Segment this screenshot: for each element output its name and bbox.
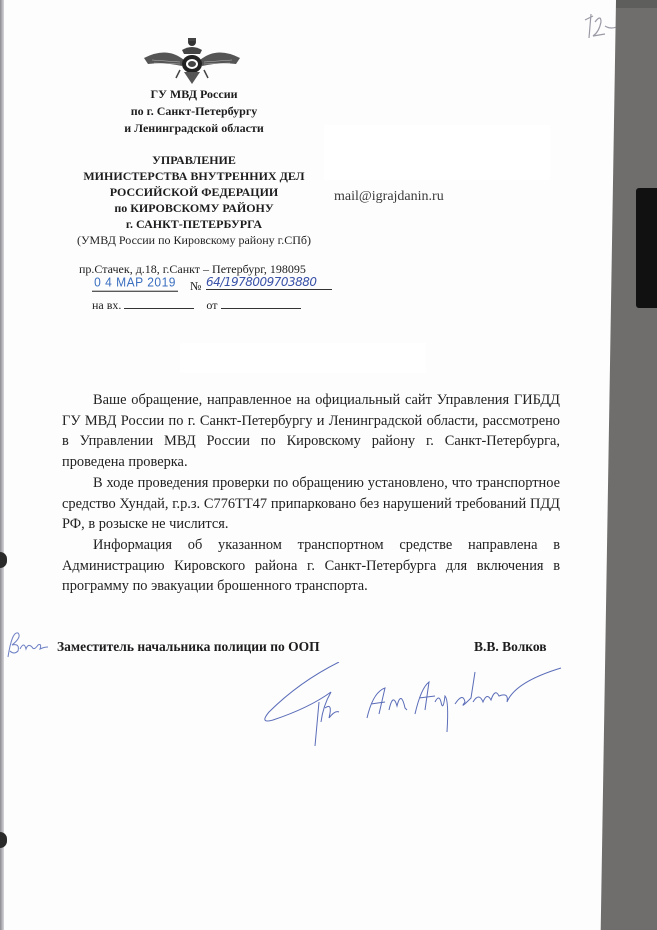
body-paragraph: В ходе проведения проверки по обращению … xyxy=(62,473,560,535)
signatory-name: В.В. Волков xyxy=(474,639,547,655)
scan-background-top xyxy=(616,0,657,8)
department-line: УПРАВЛЕНИЕ xyxy=(44,152,344,168)
incoming-label: на вх. xyxy=(92,298,121,312)
department-line: по КИРОВСКОМУ РАЙОНУ xyxy=(44,200,344,216)
department-line: МИНИСТЕРСТВА ВНУТРЕННИХ ДЕЛ xyxy=(44,168,344,184)
redacted-area xyxy=(180,343,426,373)
incoming-reference: на вх. от xyxy=(92,297,301,313)
department-line: РОССИЙСКОЙ ФЕДЕРАЦИИ xyxy=(44,184,344,200)
organization-header: ГУ МВД России по г. Санкт-Петербургу и Л… xyxy=(64,86,324,137)
body-paragraph: Ваше обращение, направленное на официаль… xyxy=(62,390,560,473)
org-line: ГУ МВД России xyxy=(64,86,324,103)
body-paragraph: Информация об указанном транспортном сре… xyxy=(62,535,560,597)
number-label: № xyxy=(190,279,201,294)
org-line: по г. Санкт-Петербургу xyxy=(64,103,324,120)
department-line: г. САНКТ-ПЕТЕРБУРГА xyxy=(44,216,344,232)
document-page: ГУ МВД России по г. Санкт-Петербургу и Л… xyxy=(4,0,616,930)
org-line: и Ленинградской области xyxy=(64,120,324,137)
handwritten-page-number-icon xyxy=(579,8,639,44)
date-stamp: 0 4 MAP 2019 xyxy=(92,274,178,292)
from-label: от xyxy=(206,298,217,312)
outgoing-number-handwritten: 64/1978009703880 xyxy=(206,275,332,290)
handwritten-vrio-icon xyxy=(4,627,54,661)
redacted-area xyxy=(324,125,550,180)
binder-clip-shadow xyxy=(636,188,657,308)
recipient-email: mail@igrajdanin.ru xyxy=(334,189,444,205)
scan-left-edge xyxy=(0,0,4,930)
department-abbreviation: (УМВД России по Кировскому району г.СПб) xyxy=(44,232,344,248)
from-blank-line xyxy=(221,297,301,309)
department-header: УПРАВЛЕНИЕ МИНИСТЕРСТВА ВНУТРЕННИХ ДЕЛ Р… xyxy=(44,152,344,248)
letter-body: Ваше обращение, направленное на официаль… xyxy=(62,390,560,597)
handwritten-signature-icon xyxy=(259,662,579,750)
incoming-blank-line xyxy=(124,297,194,309)
mvd-emblem-icon xyxy=(142,36,242,86)
signatory-title: Заместитель начальника полиции по ООП xyxy=(57,639,320,655)
